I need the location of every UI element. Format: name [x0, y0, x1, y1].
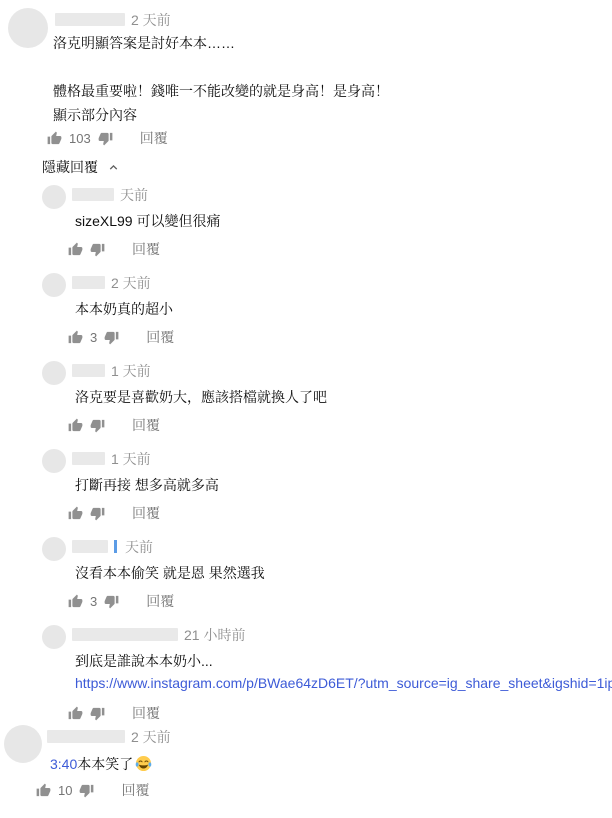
thumb-down-icon[interactable] [90, 706, 105, 721]
username-redacted[interactable] [72, 276, 105, 289]
timestamp[interactable]: 天前 [120, 185, 148, 205]
reply-header: 天前 [72, 187, 148, 202]
laughing-crying-emoji [135, 755, 152, 777]
hide-replies-label: 隱藏回覆 [42, 157, 98, 177]
reply-header: 天前 [72, 539, 153, 554]
like-count: 103 [69, 131, 91, 146]
avatar[interactable] [42, 273, 66, 297]
timestamp[interactable]: 2 天前 [111, 273, 151, 293]
username-redacted[interactable] [47, 730, 125, 743]
reply-text: 沒看本本偷笑 就是恩 果然選我 [75, 563, 265, 583]
username-redacted[interactable] [72, 188, 114, 201]
reply-button[interactable]: 回覆 [140, 128, 168, 148]
thumb-up-icon[interactable] [68, 706, 83, 721]
reply-button[interactable]: 回覆 [146, 327, 174, 347]
timestamp[interactable]: 2 天前 [131, 10, 171, 30]
timestamp[interactable]: 21 小時前 [184, 625, 245, 645]
avatar[interactable] [42, 361, 66, 385]
reply-text: 打斷再接 想多高就多高 [75, 475, 219, 495]
instagram-link[interactable]: https://www.instagram.com/p/BWae64zD6ET/… [75, 675, 612, 691]
reply-header: 1 天前 [72, 451, 151, 466]
reply-button[interactable]: 回覆 [121, 780, 149, 800]
reply-actions: 回覆 [68, 241, 160, 257]
thumb-down-icon[interactable] [90, 506, 105, 521]
reply-actions: 回覆 [68, 705, 160, 721]
timestamp[interactable]: 1 天前 [111, 361, 151, 381]
reply-header: 21 小時前 [72, 627, 245, 642]
avatar[interactable] [4, 725, 42, 763]
comment-actions: 103 回覆 [47, 130, 168, 146]
like-count: 3 [90, 330, 97, 345]
thumb-up-icon[interactable] [68, 506, 83, 521]
chevron-up-icon [107, 161, 120, 174]
thumb-down-icon[interactable] [90, 242, 105, 257]
timestamp-fragment [114, 540, 117, 553]
thumb-up-icon[interactable] [36, 783, 51, 798]
reply-button[interactable]: 回覆 [132, 415, 160, 435]
thumb-up-icon[interactable] [68, 594, 83, 609]
username-redacted[interactable] [72, 628, 178, 641]
timestamp[interactable]: 天前 [125, 537, 153, 557]
username-redacted[interactable] [72, 540, 108, 553]
thumb-down-icon[interactable] [90, 418, 105, 433]
reply-text: 到底是誰說本本奶小... [75, 651, 213, 671]
reply-header: 2 天前 [72, 275, 151, 290]
timestamp[interactable]: 1 天前 [111, 449, 151, 469]
video-time-link[interactable]: 3:40 [50, 756, 77, 772]
reply-header: 1 天前 [72, 363, 151, 378]
avatar[interactable] [42, 537, 66, 561]
username-redacted[interactable] [72, 364, 105, 377]
comment-header: 2 天前 [55, 12, 171, 27]
comment-actions: 10 回覆 [36, 782, 149, 798]
thumb-down-icon[interactable] [104, 594, 119, 609]
reply-text: sizeXL99 可以變但很痛 [75, 211, 220, 231]
thumb-up-icon[interactable] [68, 242, 83, 257]
comment-text-line1: 洛克明顯答案是討好本本…… [53, 33, 235, 53]
timestamp[interactable]: 2 天前 [131, 727, 171, 747]
reply-actions: 回覆 [68, 417, 160, 433]
comment-text: 3:40本本笑了 [50, 754, 152, 777]
show-less-link[interactable]: 顯示部分內容 [53, 105, 137, 125]
thumb-up-icon[interactable] [47, 131, 62, 146]
comment-header: 2 天前 [47, 729, 171, 744]
reply-text: 本本奶真的超小 [75, 299, 173, 319]
comment-section: 2 天前 洛克明顯答案是討好本本…… 體格最重要啦！錢唯一不能改變的就是身高！是… [0, 0, 612, 818]
username-redacted[interactable] [72, 452, 105, 465]
avatar[interactable] [42, 625, 66, 649]
thumb-up-icon[interactable] [68, 418, 83, 433]
thumb-down-icon[interactable] [104, 330, 119, 345]
hide-replies-button[interactable]: 隱藏回覆 [42, 157, 120, 177]
avatar[interactable] [8, 8, 48, 48]
comment-text-line2: 體格最重要啦！錢唯一不能改變的就是身高！是身高！ [53, 81, 389, 101]
reply-button[interactable]: 回覆 [132, 239, 160, 259]
thumb-down-icon[interactable] [98, 131, 113, 146]
thumb-down-icon[interactable] [79, 783, 94, 798]
reply-actions: 3 回覆 [68, 329, 174, 345]
like-count: 10 [58, 783, 72, 798]
thumb-up-icon[interactable] [68, 330, 83, 345]
avatar[interactable] [42, 185, 66, 209]
reply-button[interactable]: 回覆 [132, 703, 160, 723]
avatar[interactable] [42, 449, 66, 473]
reply-button[interactable]: 回覆 [146, 591, 174, 611]
like-count: 3 [90, 594, 97, 609]
reply-actions: 3 回覆 [68, 593, 174, 609]
reply-button[interactable]: 回覆 [132, 503, 160, 523]
reply-actions: 回覆 [68, 505, 160, 521]
reply-text: 洛克要是喜歡奶大，應該搭檔就換人了吧 [75, 387, 327, 407]
username-redacted[interactable] [55, 13, 125, 26]
